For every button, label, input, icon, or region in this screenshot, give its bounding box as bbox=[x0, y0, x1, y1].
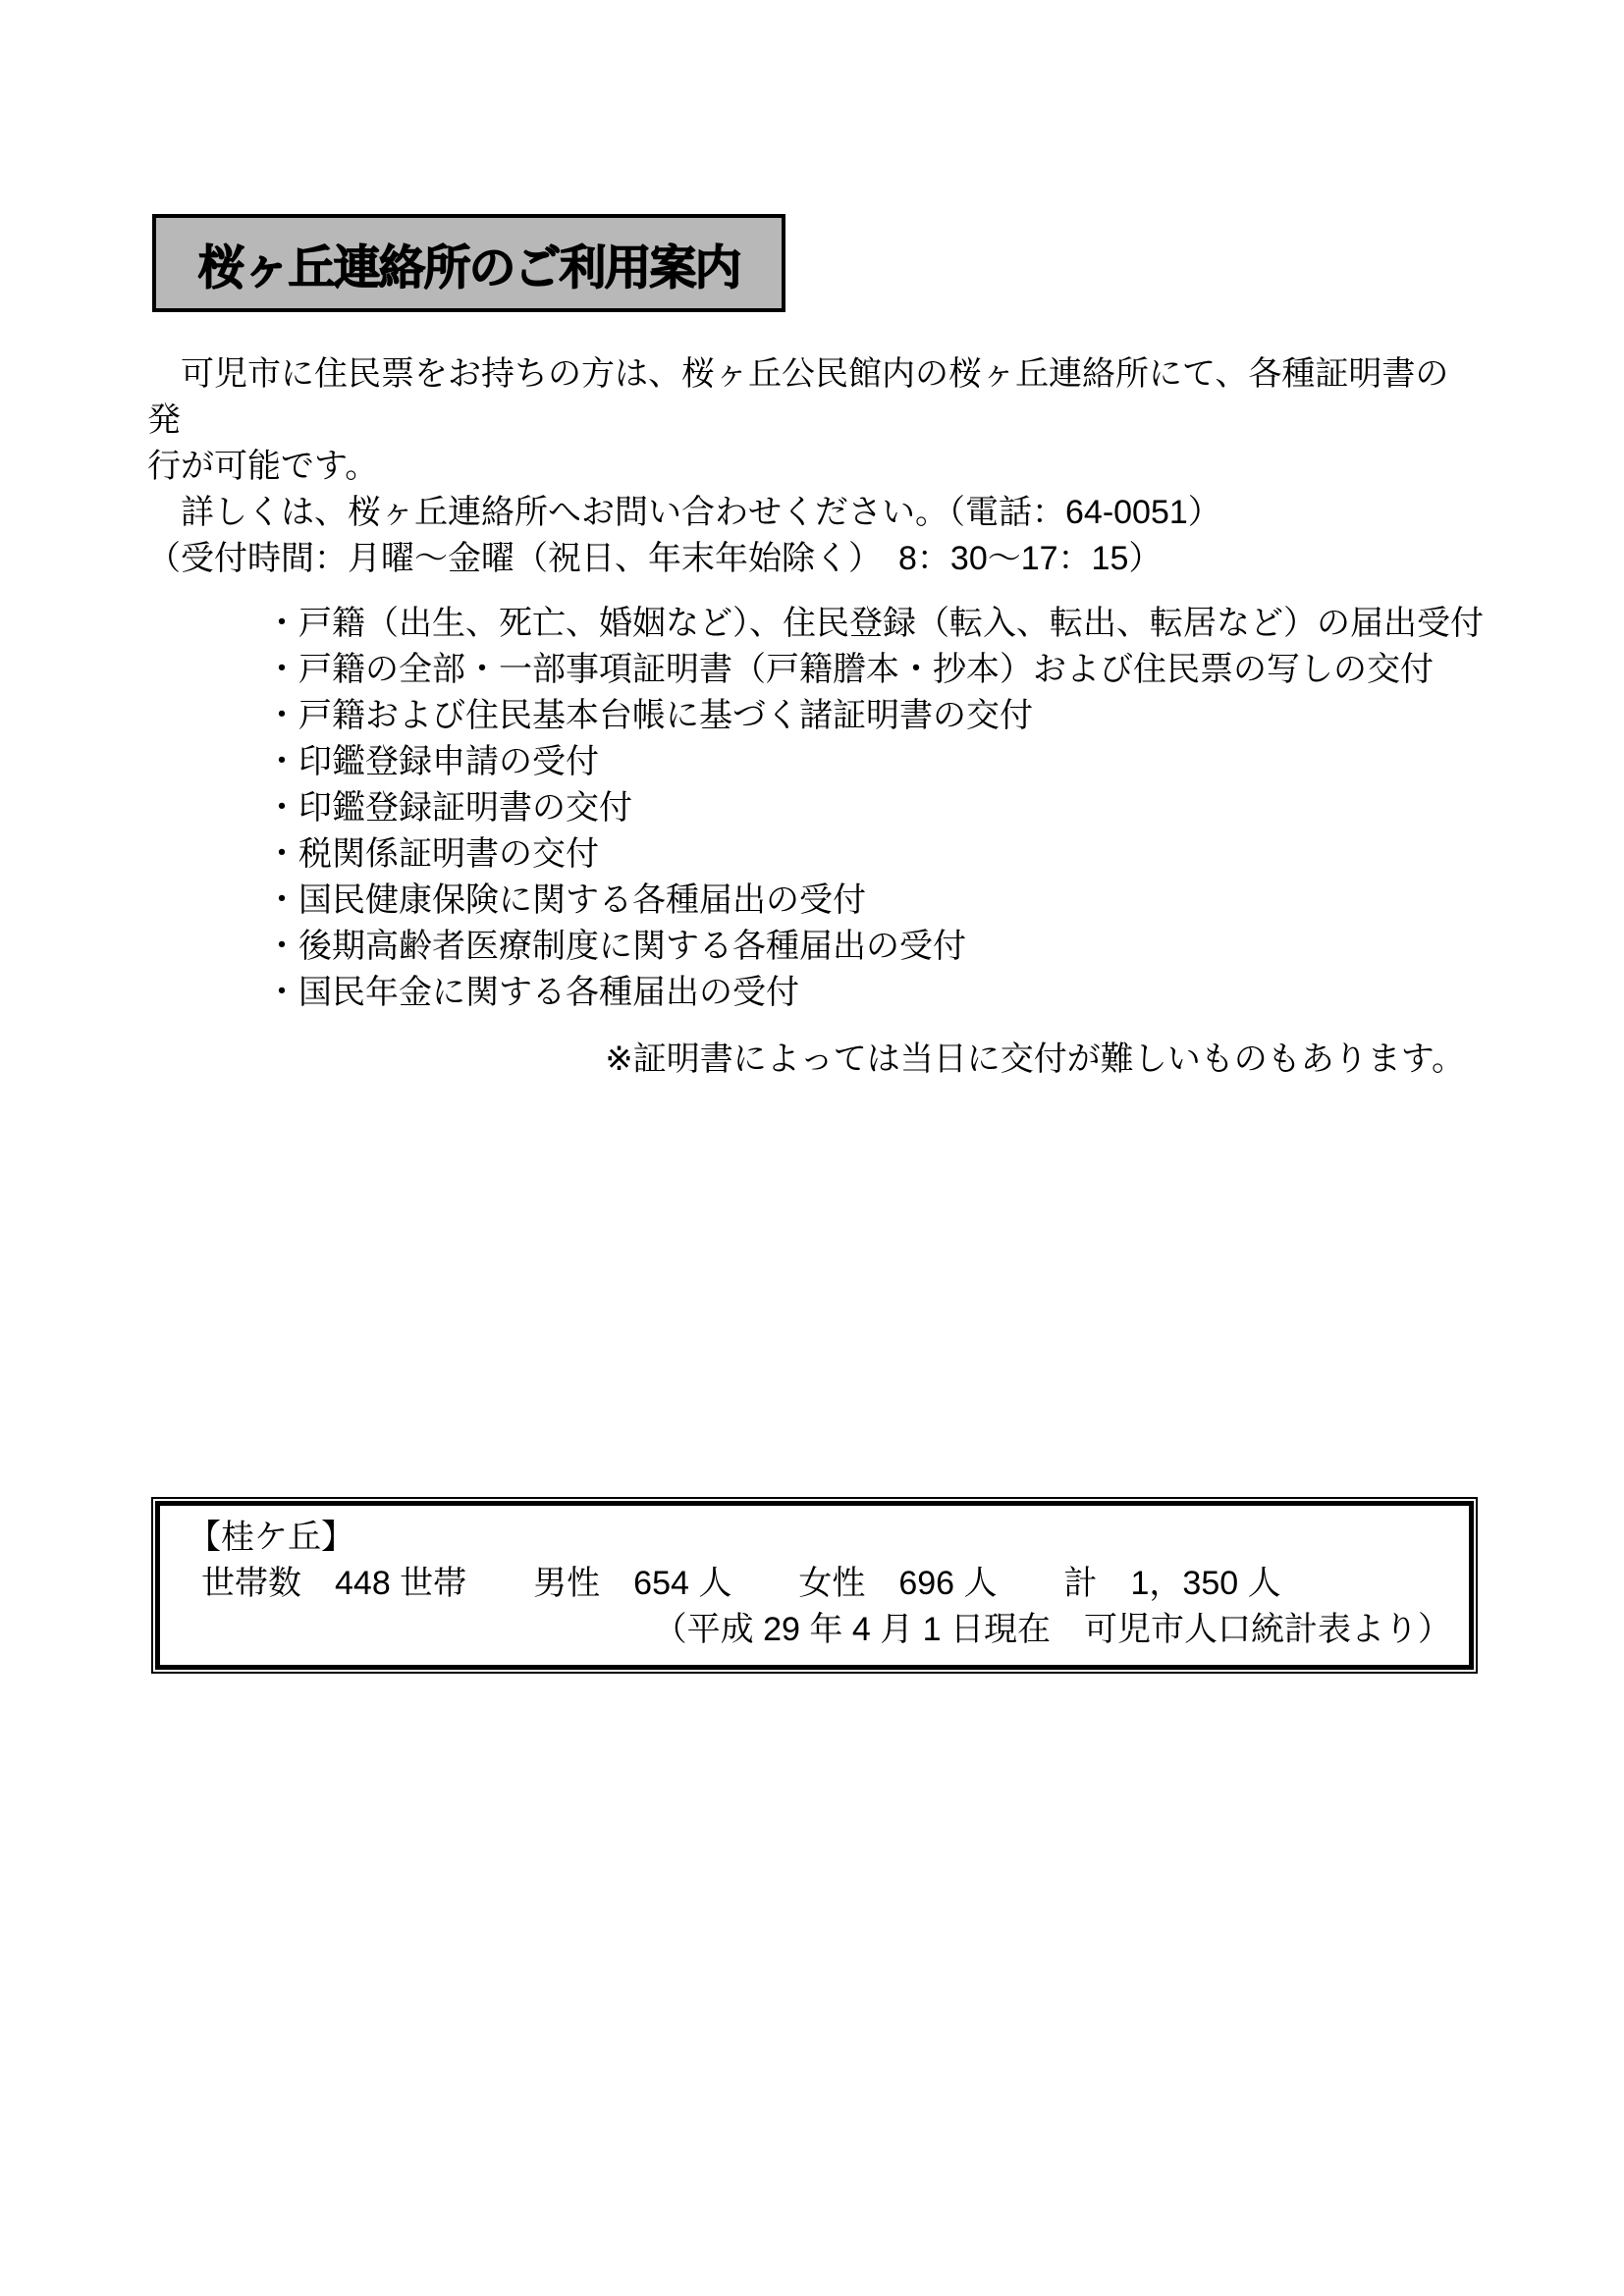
list-item: ・ 印鑑登録証明書の交付 bbox=[265, 785, 1483, 831]
service-text: 国民健康保険に関する各種届出の受付 bbox=[298, 878, 866, 924]
district-name: 【桂ケ丘】 bbox=[188, 1515, 1451, 1561]
service-text: 戸籍（出生、死亡、婚姻など）、住民登録（転入、転出、転居など）の届出受付 bbox=[298, 601, 1484, 647]
service-text: 後期高齢者医療制度に関する各種届出の受付 bbox=[298, 924, 966, 970]
service-text: 国民年金に関する各種届出の受付 bbox=[298, 970, 799, 1016]
service-text: 印鑑登録申請の受付 bbox=[298, 739, 599, 785]
page-title: 桜ヶ丘連絡所のご利用案内 bbox=[197, 230, 739, 297]
title-banner: 桜ヶ丘連絡所のご利用案内 bbox=[152, 214, 785, 312]
service-text: 戸籍の全部・一部事項証明書（戸籍謄本・抄本）および住民票の写しの交付 bbox=[298, 647, 1434, 693]
list-item: ・ 戸籍（出生、死亡、婚姻など）、住民登録（転入、転出、転居など）の届出受付 bbox=[265, 601, 1483, 647]
intro-line: 行が可能です。 bbox=[147, 444, 1475, 490]
bullet-icon: ・ bbox=[265, 831, 298, 878]
intro-line-contact: 詳しくは、桜ヶ丘連絡所へお問い合わせください。（電話：64-0051） bbox=[147, 490, 1475, 536]
intro-paragraph: 可児市に住民票をお持ちの方は、桜ヶ丘公民館内の桜ヶ丘連絡所にて、各種証明書の発 … bbox=[147, 351, 1475, 582]
list-item: ・ 国民健康保険に関する各種届出の受付 bbox=[265, 878, 1483, 924]
service-text: 戸籍および住民基本台帳に基づく諸証明書の交付 bbox=[298, 693, 1033, 739]
intro-line: 可児市に住民票をお持ちの方は、桜ヶ丘公民館内の桜ヶ丘連絡所にて、各種証明書の発 bbox=[147, 351, 1475, 444]
certificate-note: ※証明書によっては当日に交付が難しいものもあります。 bbox=[147, 1037, 1465, 1083]
bullet-icon: ・ bbox=[265, 878, 298, 924]
list-item: ・ 戸籍の全部・一部事項証明書（戸籍謄本・抄本）および住民票の写しの交付 bbox=[265, 647, 1483, 693]
bullet-icon: ・ bbox=[265, 739, 298, 785]
service-list: ・ 戸籍（出生、死亡、婚姻など）、住民登録（転入、転出、転居など）の届出受付 ・… bbox=[265, 601, 1483, 1016]
list-item: ・ 税関係証明書の交付 bbox=[265, 831, 1483, 878]
bullet-icon: ・ bbox=[265, 647, 298, 693]
list-item: ・ 戸籍および住民基本台帳に基づく諸証明書の交付 bbox=[265, 693, 1483, 739]
population-figures: 世帯数 448 世帯 男性 654 人 女性 696 人 計 1，350 人 bbox=[188, 1561, 1451, 1607]
list-item: ・ 後期高齢者医療制度に関する各種届出の受付 bbox=[265, 924, 1483, 970]
statistics-source: （平成 29 年 4 月 1 日現在 可児市人口統計表より） bbox=[188, 1607, 1451, 1653]
list-item: ・ 国民年金に関する各種届出の受付 bbox=[265, 970, 1483, 1016]
service-text: 印鑑登録証明書の交付 bbox=[298, 785, 632, 831]
bullet-icon: ・ bbox=[265, 601, 298, 647]
bullet-icon: ・ bbox=[265, 693, 298, 739]
list-item: ・ 印鑑登録申請の受付 bbox=[265, 739, 1483, 785]
bullet-icon: ・ bbox=[265, 924, 298, 970]
population-stats-box: 【桂ケ丘】 世帯数 448 世帯 男性 654 人 女性 696 人 計 1，3… bbox=[151, 1497, 1478, 1674]
document-page: 桜ヶ丘連絡所のご利用案内 可児市に住民票をお持ちの方は、桜ヶ丘公民館内の桜ヶ丘連… bbox=[0, 0, 1624, 2296]
intro-line-hours: （受付時間：月曜～金曜（祝日、年末年始除く） 8：30～17：15） bbox=[147, 536, 1475, 582]
bullet-icon: ・ bbox=[265, 970, 298, 1016]
population-stats-inner: 【桂ケ丘】 世帯数 448 世帯 男性 654 人 女性 696 人 計 1，3… bbox=[155, 1501, 1474, 1670]
service-text: 税関係証明書の交付 bbox=[298, 831, 599, 878]
bullet-icon: ・ bbox=[265, 785, 298, 831]
